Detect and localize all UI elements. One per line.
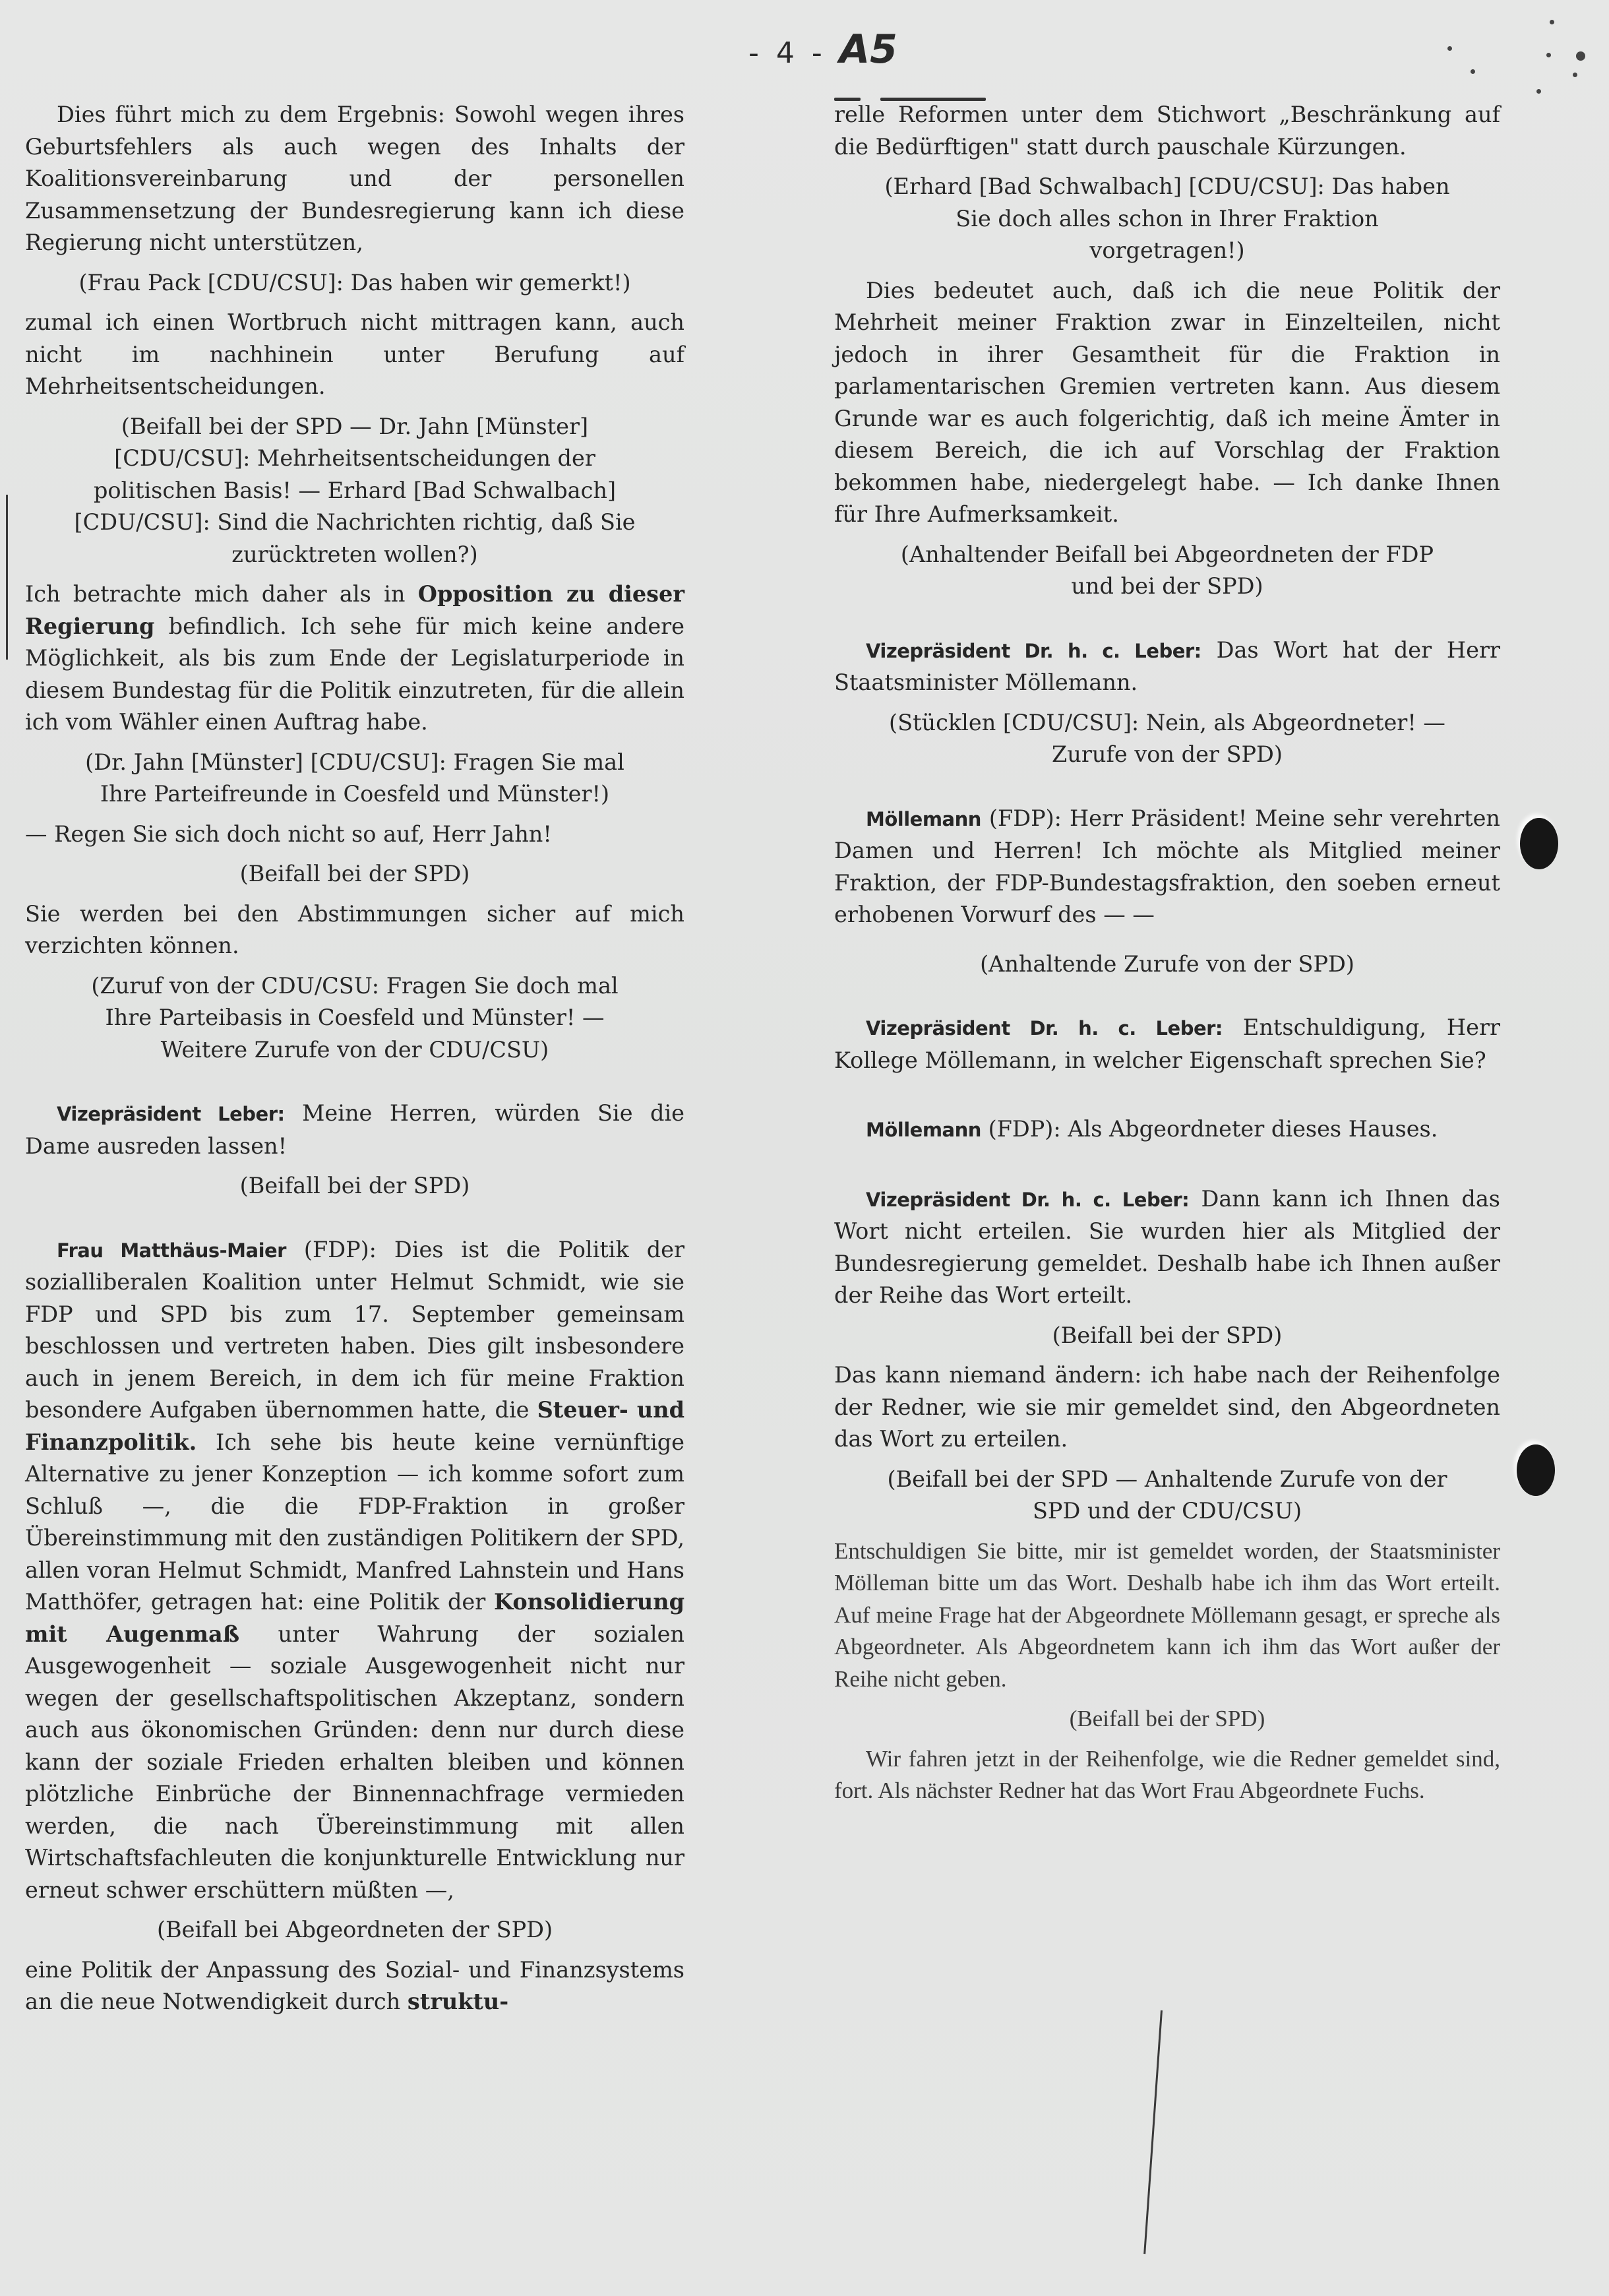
paragraph: eine Politik der Anpassung des Sozial- u… xyxy=(25,1954,684,2018)
speck xyxy=(1546,53,1551,57)
speaker-name: Vizepräsident Dr. h. c. Leber: xyxy=(866,640,1201,662)
handwritten-pen-stroke xyxy=(1143,2010,1163,2254)
interjection: (Frau Pack [CDU/CSU]: Das haben wir geme… xyxy=(25,267,684,299)
margin-marker-line xyxy=(6,495,8,660)
speaker-name: Vizepräsident Dr. h. c. Leber: xyxy=(866,1189,1189,1211)
interjection: (Beifall bei Abgeordneten der SPD) xyxy=(25,1914,684,1946)
speech: Vizepräsident Leber: Meine Herren, würde… xyxy=(25,1098,684,1162)
speech: Möllemann (FDP): Als Abgeordneter dieses… xyxy=(834,1113,1500,1146)
paragraph: Dies führt mich zu dem Ergebnis: Sowohl … xyxy=(25,99,684,259)
handwritten-mark: A5 xyxy=(839,26,897,73)
interjection: (Beifall bei der SPD) xyxy=(25,858,684,890)
interjection: (Beifall bei der SPD) xyxy=(834,1320,1500,1352)
document-page: - 4 - A5 Dies führt mich zu dem Ergebnis… xyxy=(0,0,1609,2296)
paragraph: Entschuldigen Sie bitte, mir ist gemelde… xyxy=(834,1536,1500,1696)
page-number-text: - 4 - xyxy=(748,36,826,70)
speck xyxy=(1536,89,1541,94)
right-column: relle Reformen unter dem Stichwort „Besc… xyxy=(834,99,1500,1807)
punch-hole-icon xyxy=(1517,1444,1555,1496)
speck xyxy=(1550,20,1554,24)
speck xyxy=(1573,73,1577,77)
paragraph: Wir fahren jetzt in der Reihenfolge, wie… xyxy=(834,1743,1500,1807)
paragraph: — Regen Sie sich doch nicht so auf, Herr… xyxy=(25,819,684,851)
paragraph: zumal ich einen Wortbruch nicht mittrage… xyxy=(25,307,684,403)
paragraph: Das kann niemand ändern: ich habe nach d… xyxy=(834,1359,1500,1456)
speaker-name: Möllemann xyxy=(866,808,981,830)
speech: Vizepräsident Dr. h. c. Leber: Das Wort … xyxy=(834,635,1500,699)
speech: Möllemann (FDP): Herr Präsident! Meine s… xyxy=(834,803,1500,931)
paragraph: relle Reformen unter dem Stichwort „Besc… xyxy=(834,99,1500,163)
interjection: (Erhard [Bad Schwalbach] [CDU/CSU]: Das … xyxy=(834,171,1500,267)
speaker-name: Frau Matthäus-Maier xyxy=(57,1239,286,1262)
speaker-name: Vizepräsident Dr. h. c. Leber: xyxy=(866,1017,1223,1039)
punch-hole-icon xyxy=(1520,818,1558,869)
interjection: (Anhaltende Zurufe von der SPD) xyxy=(834,948,1500,981)
page-number: - 4 - A5 xyxy=(748,26,897,73)
speech: Frau Matthäus-Maier (FDP): Dies ist die … xyxy=(25,1234,684,1907)
interjection: (Dr. Jahn [Münster] [CDU/CSU]: Fragen Si… xyxy=(25,747,684,811)
speaker-name: Möllemann xyxy=(866,1119,981,1141)
left-column: Dies führt mich zu dem Ergebnis: Sowohl … xyxy=(25,99,684,2018)
paragraph: Dies bedeutet auch, daß ich die neue Pol… xyxy=(834,275,1500,531)
interjection: (Beifall bei der SPD — Anhaltende Zurufe… xyxy=(834,1464,1500,1528)
interjection: (Anhaltender Beifall bei Abgeordneten de… xyxy=(834,539,1500,603)
interjection: (Beifall bei der SPD — Dr. Jahn [Münster… xyxy=(25,411,684,571)
speech: Vizepräsident Dr. h. c. Leber: Entschuld… xyxy=(834,1012,1500,1076)
speck xyxy=(1576,51,1585,61)
speck xyxy=(1471,69,1475,74)
speck xyxy=(1447,46,1452,51)
interjection: (Beifall bei der SPD) xyxy=(25,1170,684,1202)
speaker-name: Vizepräsident Leber: xyxy=(57,1103,285,1125)
interjection: (Zuruf von der CDU/CSU: Fragen Sie doch … xyxy=(25,970,684,1067)
interjection: (Stücklen [CDU/CSU]: Nein, als Abgeordne… xyxy=(834,707,1500,771)
paragraph: Sie werden bei den Abstimmungen sicher a… xyxy=(25,898,684,962)
interjection: (Beifall bei der SPD) xyxy=(834,1703,1500,1735)
paragraph: Ich betrachte mich daher als in Oppositi… xyxy=(25,578,684,739)
speech: Vizepräsident Dr. h. c. Leber: Dann kann… xyxy=(834,1183,1500,1312)
